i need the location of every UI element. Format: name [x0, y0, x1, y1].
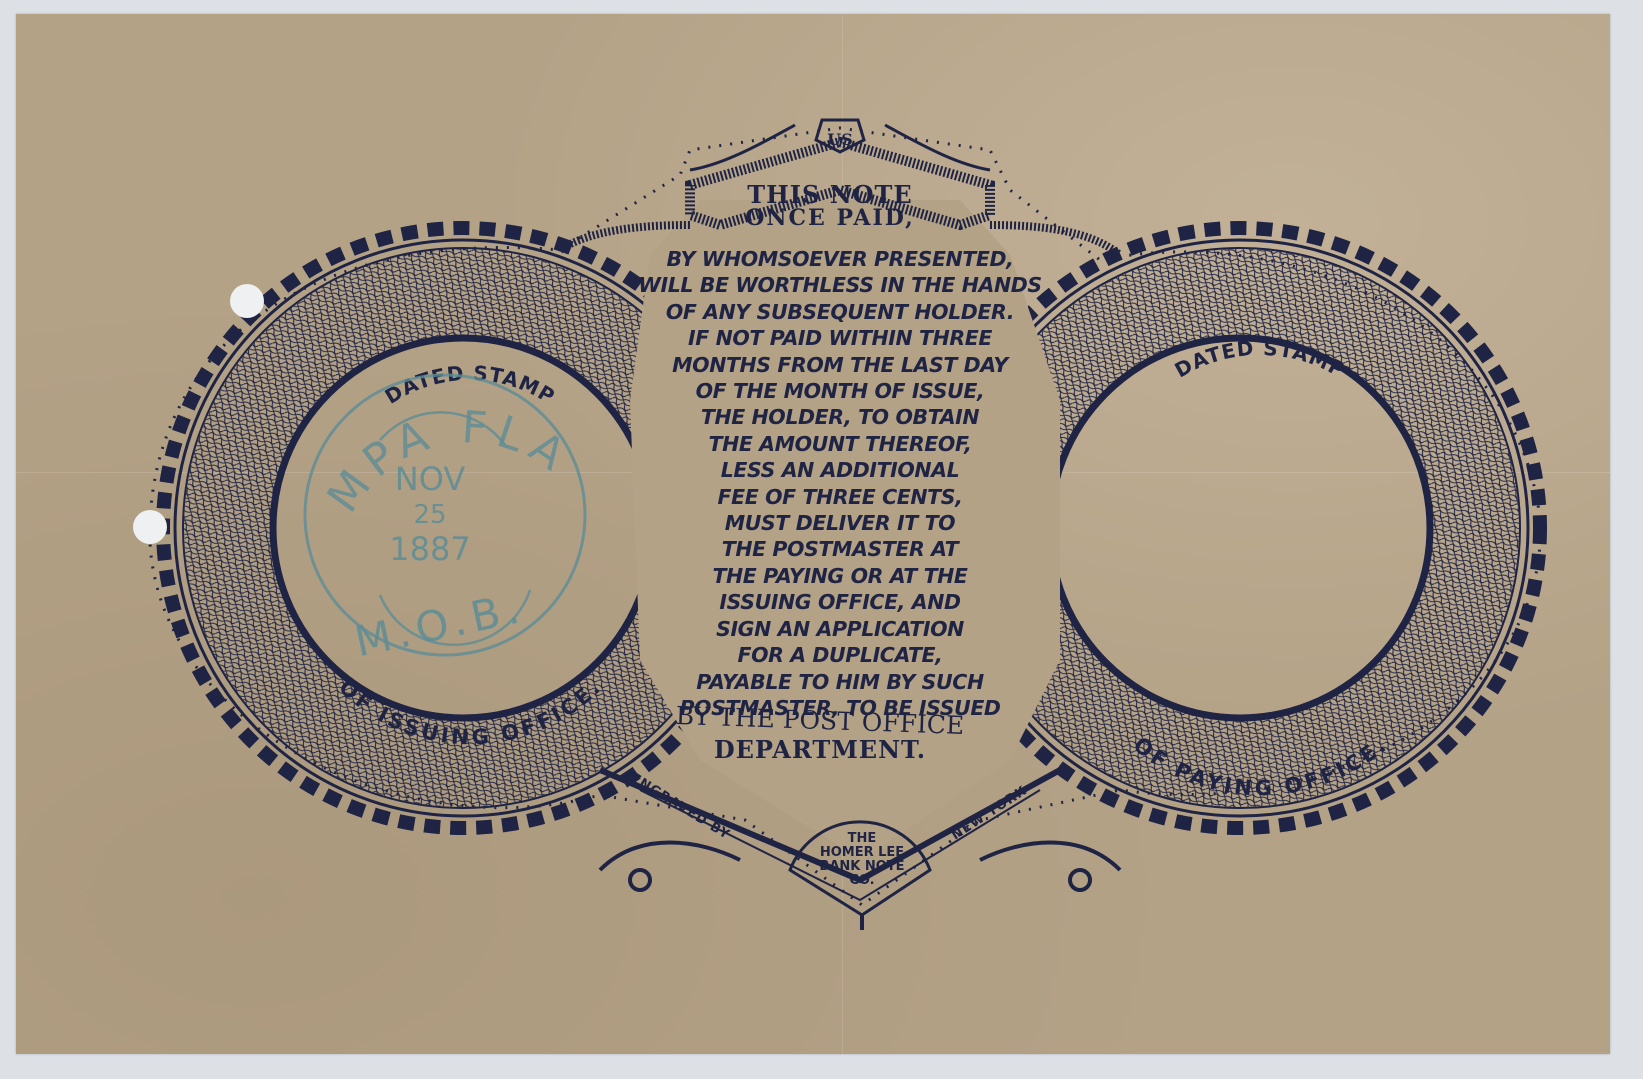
terms-line: BY WHOMSOEVER PRESENTED, [620, 246, 1060, 272]
terms-line: LESS AN ADDITIONAL [620, 457, 1060, 483]
terms-line: MUST DELIVER IT TO [620, 510, 1060, 536]
terms-line: MONTHS FROM THE LAST DAY [620, 352, 1060, 378]
logo-line: BANK NOTE [800, 860, 924, 874]
engraver-logo-text: THE HOMER LEE BANK NOTE CO. [800, 832, 924, 888]
terms-line: IF NOT PAID WITHIN THREE [620, 325, 1060, 351]
punch-hole-top [230, 284, 264, 318]
terms-line: THE PAYING OR AT THE [620, 563, 1060, 589]
terms-line: FEE OF THREE CENTS, [620, 484, 1060, 510]
terms-paragraph: BY WHOMSOEVER PRESENTED, WILL BE WORTHLE… [620, 246, 1060, 721]
punch-hole-bottom [133, 510, 167, 544]
terms-line: THE HOLDER, TO OBTAIN [620, 404, 1060, 430]
terms-line: PAYABLE TO HIM BY SUCH [620, 669, 1060, 695]
postmark-year: 1887 [370, 530, 490, 568]
terms-line: ISSUING OFFICE, AND [620, 589, 1060, 615]
postmark-day: 25 [380, 500, 480, 530]
left-circle-top-text: DATED STAMP [381, 361, 560, 409]
postmark-month: NOV [380, 460, 480, 498]
logo-line: CO. [800, 874, 924, 888]
terms-line: OF THE MONTH OF ISSUE, [620, 378, 1060, 404]
logo-line: HOMER LEE [800, 846, 924, 860]
logo-line: THE [800, 832, 924, 846]
terms-line: OF ANY SUBSEQUENT HOLDER. [620, 299, 1060, 325]
terms-line: THE AMOUNT THEREOF, [620, 431, 1060, 457]
terms-line: WILL BE WORTHLESS IN THE HANDS [620, 272, 1060, 298]
terms-line: THE POSTMASTER AT [620, 536, 1060, 562]
header-once-paid: ONCE PAID, [700, 205, 960, 231]
footer-department: DEPARTMENT. [700, 735, 940, 764]
us-emblem: US [827, 130, 853, 149]
engraved-by-text: ENGRAVED BY [628, 771, 733, 843]
terms-line: SIGN AN APPLICATION [620, 616, 1060, 642]
terms-line: FOR A DUPLICATE, [620, 642, 1060, 668]
